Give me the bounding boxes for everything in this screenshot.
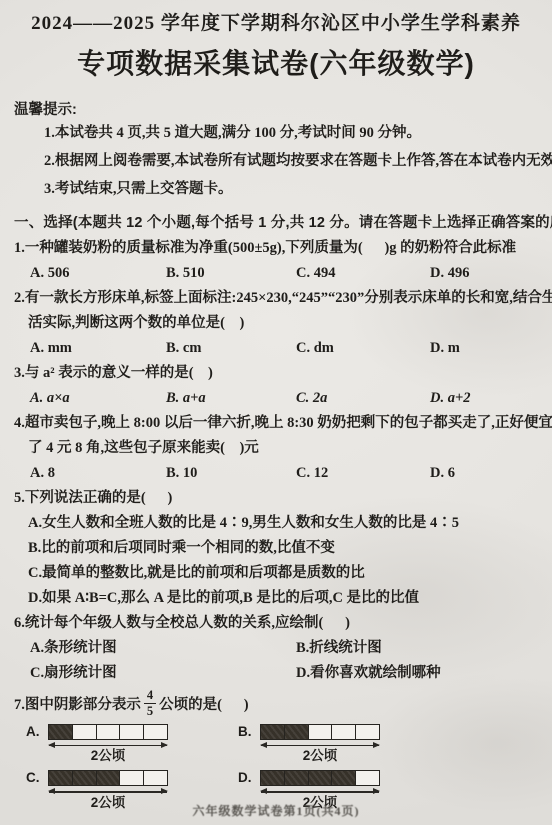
question-6-text: 6.统计每个年级人数与全校总人数的关系,应绘制( ) [14, 611, 542, 636]
fraction-bar-figure: A.2公顷 [26, 724, 238, 764]
bar-segment-shaded [261, 725, 285, 739]
q2-option-d: D. m [430, 336, 542, 361]
bar-segment [120, 725, 144, 739]
notice-title: 温馨提示: [14, 98, 552, 119]
question-4-text-line1: 4.超市卖包子,晚上 8:00 以后一律六折,晚上 8:30 奶奶把剩下的包子都… [14, 411, 542, 436]
q1-option-c: C. 494 [296, 261, 430, 286]
q7-fraction: 4 5 [144, 688, 156, 718]
notice-item-2: 2.根据网上阅卷需要,本试卷所有试题均按要求在答题卡上作答,答在本试卷内无效。 [44, 147, 552, 175]
q4-option-d: D. 6 [430, 461, 542, 486]
notice-item-3: 3.考试结束,只需上交答题卡。 [44, 175, 552, 203]
bar-segment-shaded [49, 771, 73, 785]
q7-text-before: 7.图中阴影部分表示 [14, 693, 141, 714]
q3-option-a: A. a×a [30, 386, 166, 411]
q6-option-c: C.扇形统计图 [30, 661, 296, 686]
question-3-text: 3.与 a² 表示的意义一样的是( ) [14, 361, 542, 386]
question-6-options-row2: C.扇形统计图 D.看你喜欢就绘制哪种 [30, 661, 552, 686]
question-6-options-row1: A.条形统计图 B.折线统计图 [30, 636, 552, 661]
question-4-text-line2: 了 4 元 8 角,这些包子原来能卖( )元 [28, 436, 542, 461]
question-4-options: A. 8 B. 10 C. 12 D. 6 [30, 461, 542, 486]
bar-segment-shaded [285, 725, 309, 739]
q4-option-b: B. 10 [166, 461, 296, 486]
figure-bar-stack: 2公顷 [260, 724, 380, 764]
q7-text-after: 公顷的是( ) [159, 693, 248, 714]
question-2-text-line1: 2.有一款长方形床单,标签上面标注:245×230,“245”“230”分别表示… [14, 286, 542, 311]
bar-segment-shaded [73, 771, 97, 785]
q7-fraction-numerator: 4 [144, 688, 156, 702]
q2-option-c: C. dm [296, 336, 430, 361]
segmented-bar [48, 770, 168, 786]
q1-option-b: B. 510 [166, 261, 296, 286]
segmented-bar [260, 770, 380, 786]
question-5-text: 5.下列说法正确的是( ) [14, 486, 542, 511]
q4-option-c: C. 12 [296, 461, 430, 486]
q6-option-b: B.折线统计图 [296, 636, 552, 661]
double-arrow [261, 745, 379, 746]
segmented-bar [48, 724, 168, 740]
question-3-options: A. a×a B. a+a C. 2a D. a+2 [30, 386, 542, 411]
bar-segment [144, 725, 167, 739]
q3-option-c: C. 2a [296, 386, 430, 411]
bar-segment [73, 725, 97, 739]
q3-option-b: B. a+a [166, 386, 296, 411]
q5-option-c: C.最简单的整数比,就是比的前项和后项都是质数的比 [28, 561, 542, 586]
double-arrow [261, 791, 379, 792]
question-2-text-line2: 活实际,判断这两个数的单位是( ) [28, 311, 542, 336]
bar-segment [332, 725, 356, 739]
q6-option-a: A.条形统计图 [30, 636, 296, 661]
exam-title-line1: 2024——2025 学年度下学期科尔沁区中小学生学科素养 [8, 8, 544, 35]
page-footer: 六年级数学试卷第1页(共4页) [0, 802, 552, 819]
bar-segment-shaded [49, 725, 73, 739]
q2-option-b: B. cm [166, 336, 296, 361]
q5-option-a: A.女生人数和全班人数的比是 4∶9,男生人数和女生人数的比是 4∶5 [28, 511, 542, 536]
notice-item-1: 1.本试卷共 4 页,共 5 道大题,满分 100 分,考试时间 90 分钟。 [44, 119, 552, 147]
question-1-text: 1.一种罐装奶粉的质量标准为净重(500±5g),下列质量为( )g 的奶粉符合… [14, 236, 542, 261]
q6-option-d: D.看你喜欢就绘制哪种 [296, 661, 552, 686]
q1-option-d: D. 496 [430, 261, 542, 286]
q3-option-d: D. a+2 [430, 386, 542, 411]
bar-segment-shaded [309, 771, 333, 785]
bar-segment [97, 725, 121, 739]
q7-fraction-denominator: 5 [144, 703, 156, 718]
double-arrow [49, 745, 167, 746]
bar-segment [356, 725, 379, 739]
q5-option-b: B.比的前项和后项同时乘一个相同的数,比值不变 [28, 536, 542, 561]
bar-segment-shaded [332, 771, 356, 785]
bar-segment [120, 771, 144, 785]
q5-option-d: D.如果 A∶B=C,那么 A 是比的前项,B 是比的后项,C 是比的比值 [28, 586, 542, 611]
figure-option-letter: A. [26, 724, 48, 764]
figure-bar-stack: 2公顷 [48, 724, 168, 764]
figure-caption: 2公顷 [260, 747, 380, 764]
question-1-options: A. 506 B. 510 C. 494 D. 496 [30, 261, 542, 286]
bar-segment-shaded [261, 771, 285, 785]
bar-segment [309, 725, 333, 739]
figure-caption: 2公顷 [48, 747, 168, 764]
q1-option-a: A. 506 [30, 261, 166, 286]
q2-option-a: A. mm [30, 336, 166, 361]
bar-segment [356, 771, 379, 785]
exam-paper-page: 2024——2025 学年度下学期科尔沁区中小学生学科素养 专项数据采集试卷(六… [0, 0, 552, 825]
figure-option-letter: B. [238, 724, 260, 764]
section1-heading: 一、选择(本题共 12 个小题,每个括号 1 分,共 12 分。请在答题卡上选择… [14, 211, 542, 236]
q4-option-a: A. 8 [30, 461, 166, 486]
bar-segment [144, 771, 167, 785]
segmented-bar [260, 724, 380, 740]
question-2-options: A. mm B. cm C. dm D. m [30, 336, 542, 361]
bar-segment-shaded [285, 771, 309, 785]
fraction-bar-figure: B.2公顷 [238, 724, 450, 764]
double-arrow [49, 791, 167, 792]
question-section: 一、选择(本题共 12 个小题,每个括号 1 分,共 12 分。请在答题卡上选择… [0, 211, 552, 817]
exam-title-line2: 专项数据采集试卷(六年级数学) [0, 42, 552, 82]
bar-segment-shaded [97, 771, 121, 785]
question-7-text: 7.图中阴影部分表示 4 5 公顷的是( ) [14, 686, 552, 720]
